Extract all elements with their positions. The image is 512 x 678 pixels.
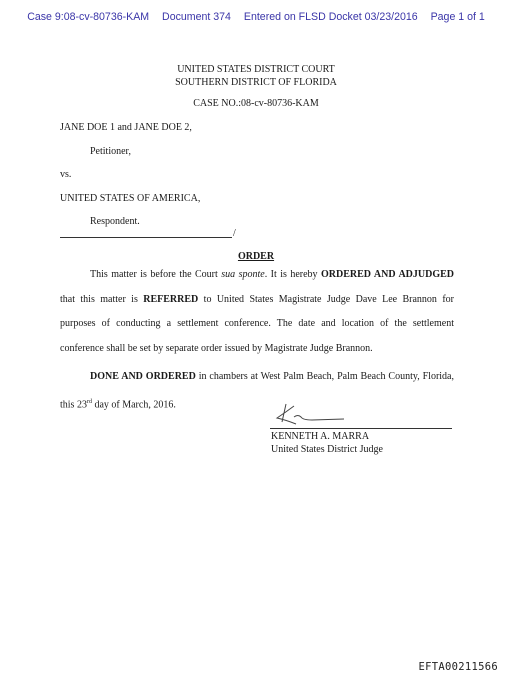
stamp-document: Document 374 — [162, 11, 231, 23]
signature-line — [270, 428, 452, 429]
judge-block: KENNETH A. MARRA United States District … — [271, 431, 383, 456]
order-paragraph: This matter is before the Court sua spon… — [60, 263, 454, 361]
order-title: ORDER — [0, 251, 512, 262]
stamp-page: Page 1 of 1 — [431, 11, 485, 23]
stamp-case: Case 9:08-cv-80736-KAM — [27, 11, 149, 23]
judge-signature — [272, 402, 352, 428]
court-name: UNITED STATES DISTRICT COURT — [0, 64, 512, 77]
caption-slash: / — [233, 228, 236, 239]
petitioner-label: Petitioner, — [90, 146, 131, 157]
caption-rule — [60, 237, 232, 238]
court-heading: UNITED STATES DISTRICT COURT SOUTHERN DI… — [0, 64, 512, 89]
court-district: SOUTHERN DISTRICT OF FLORIDA — [0, 77, 512, 90]
respondent: UNITED STATES OF AMERICA, — [60, 193, 200, 204]
versus: vs. — [60, 169, 71, 180]
petitioners: JANE DOE 1 and JANE DOE 2, — [60, 122, 192, 133]
stamp-entered: Entered on FLSD Docket 03/23/2016 — [244, 11, 418, 23]
docket-stamp: Case 9:08-cv-80736-KAM Document 374 Ente… — [0, 11, 512, 23]
bates-number: EFTA00211566 — [419, 661, 498, 673]
respondent-label: Respondent. — [90, 216, 140, 227]
judge-name: KENNETH A. MARRA — [271, 431, 383, 444]
judge-title: United States District Judge — [271, 444, 383, 457]
done-and-ordered-paragraph: DONE AND ORDERED in chambers at West Pal… — [60, 365, 454, 417]
case-number: CASE NO.:08-cv-80736-KAM — [0, 98, 512, 109]
